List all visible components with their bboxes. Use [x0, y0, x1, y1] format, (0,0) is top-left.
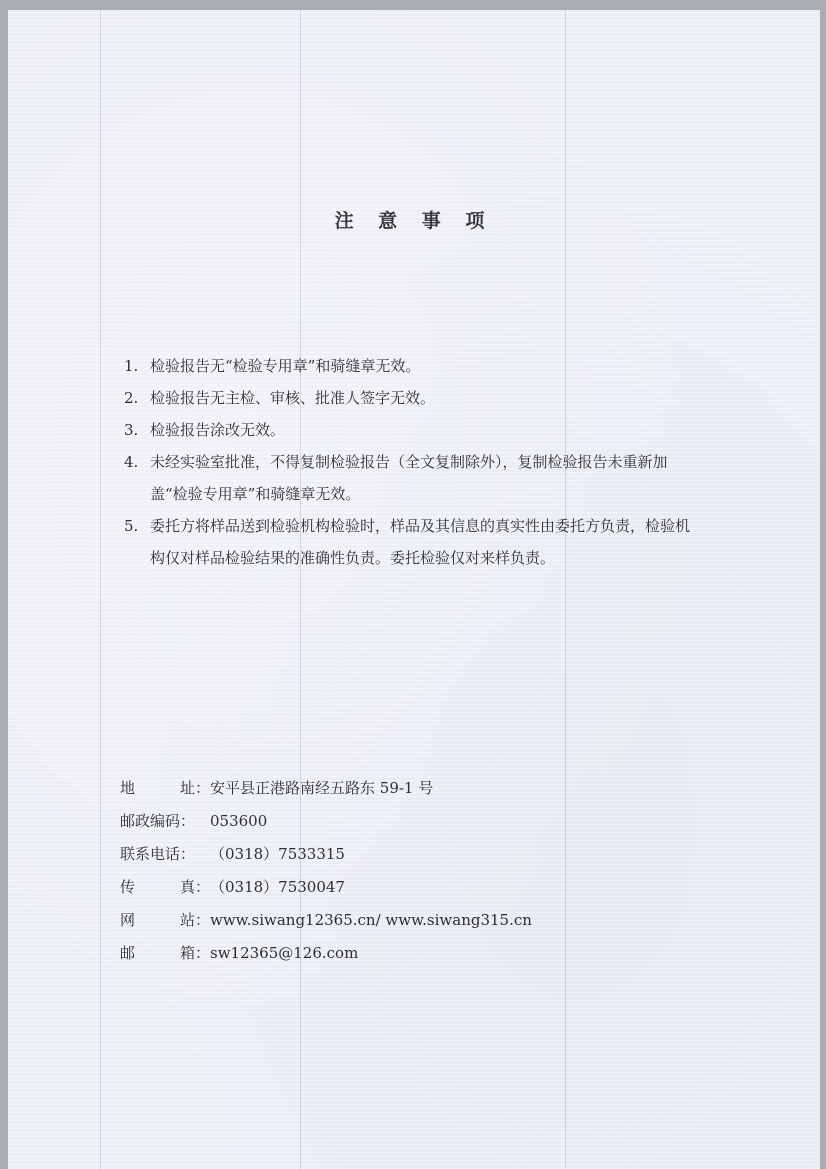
- email-row: 邮箱： sw12365@126.com: [120, 937, 532, 970]
- note-item: 1. 检验报告无“检验专用章”和骑缝章无效。: [124, 350, 724, 382]
- fold-line: [100, 10, 101, 1169]
- note-text: 检验报告无“检验专用章”和骑缝章无效。: [150, 350, 690, 382]
- address-label: 地址：: [120, 772, 210, 805]
- fold-line: [300, 10, 301, 1169]
- phone-row: 联系电话： （0318）7533315: [120, 838, 532, 871]
- website-row: 网站： www.siwang12365.cn/ www.siwang315.cn: [120, 904, 532, 937]
- website-value: www.siwang12365.cn/ www.siwang315.cn: [210, 904, 532, 937]
- fax-row: 传真： （0318）7530047: [120, 871, 532, 904]
- note-number: 2.: [124, 382, 150, 414]
- contact-info: 地址： 安平县正港路南经五路东 59-1 号 邮政编码： 053600 联系电话…: [120, 772, 532, 970]
- note-number: 4.: [124, 446, 150, 510]
- postcode-value: 053600: [210, 805, 267, 838]
- phone-value: （0318）7533315: [210, 838, 345, 871]
- phone-label: 联系电话：: [120, 838, 210, 871]
- email-label: 邮箱：: [120, 937, 210, 970]
- email-value: sw12365@126.com: [210, 937, 358, 970]
- note-item: 4. 未经实验室批准，不得复制检验报告（全文复制除外），复制检验报告未重新加盖“…: [124, 446, 724, 510]
- address-row: 地址： 安平县正港路南经五路东 59-1 号: [120, 772, 532, 805]
- website-label: 网站：: [120, 904, 210, 937]
- note-text: 检验报告无主检、审核、批准人签字无效。: [150, 382, 690, 414]
- note-number: 3.: [124, 414, 150, 446]
- note-number: 5.: [124, 510, 150, 574]
- note-number: 1.: [124, 350, 150, 382]
- fax-value: （0318）7530047: [210, 871, 345, 904]
- notes-list: 1. 检验报告无“检验专用章”和骑缝章无效。 2. 检验报告无主检、审核、批准人…: [124, 350, 724, 574]
- fold-line: [565, 10, 566, 1169]
- note-item: 2. 检验报告无主检、审核、批准人签字无效。: [124, 382, 724, 414]
- note-text: 委托方将样品送到检验机构检验时，样品及其信息的真实性由委托方负责，检验机构仅对样…: [150, 510, 690, 574]
- note-text: 未经实验室批准，不得复制检验报告（全文复制除外），复制检验报告未重新加盖“检验专…: [150, 446, 690, 510]
- postcode-label: 邮政编码：: [120, 805, 210, 838]
- note-item: 5. 委托方将样品送到检验机构检验时，样品及其信息的真实性由委托方负责，检验机构…: [124, 510, 724, 574]
- page-title: 注 意 事 项: [8, 206, 820, 233]
- postcode-row: 邮政编码： 053600: [120, 805, 532, 838]
- address-value: 安平县正港路南经五路东 59-1 号: [210, 772, 433, 805]
- fax-label: 传真：: [120, 871, 210, 904]
- note-text: 检验报告涂改无效。: [150, 414, 690, 446]
- document-page: 注 意 事 项 1. 检验报告无“检验专用章”和骑缝章无效。 2. 检验报告无主…: [8, 10, 820, 1169]
- note-item: 3. 检验报告涂改无效。: [124, 414, 724, 446]
